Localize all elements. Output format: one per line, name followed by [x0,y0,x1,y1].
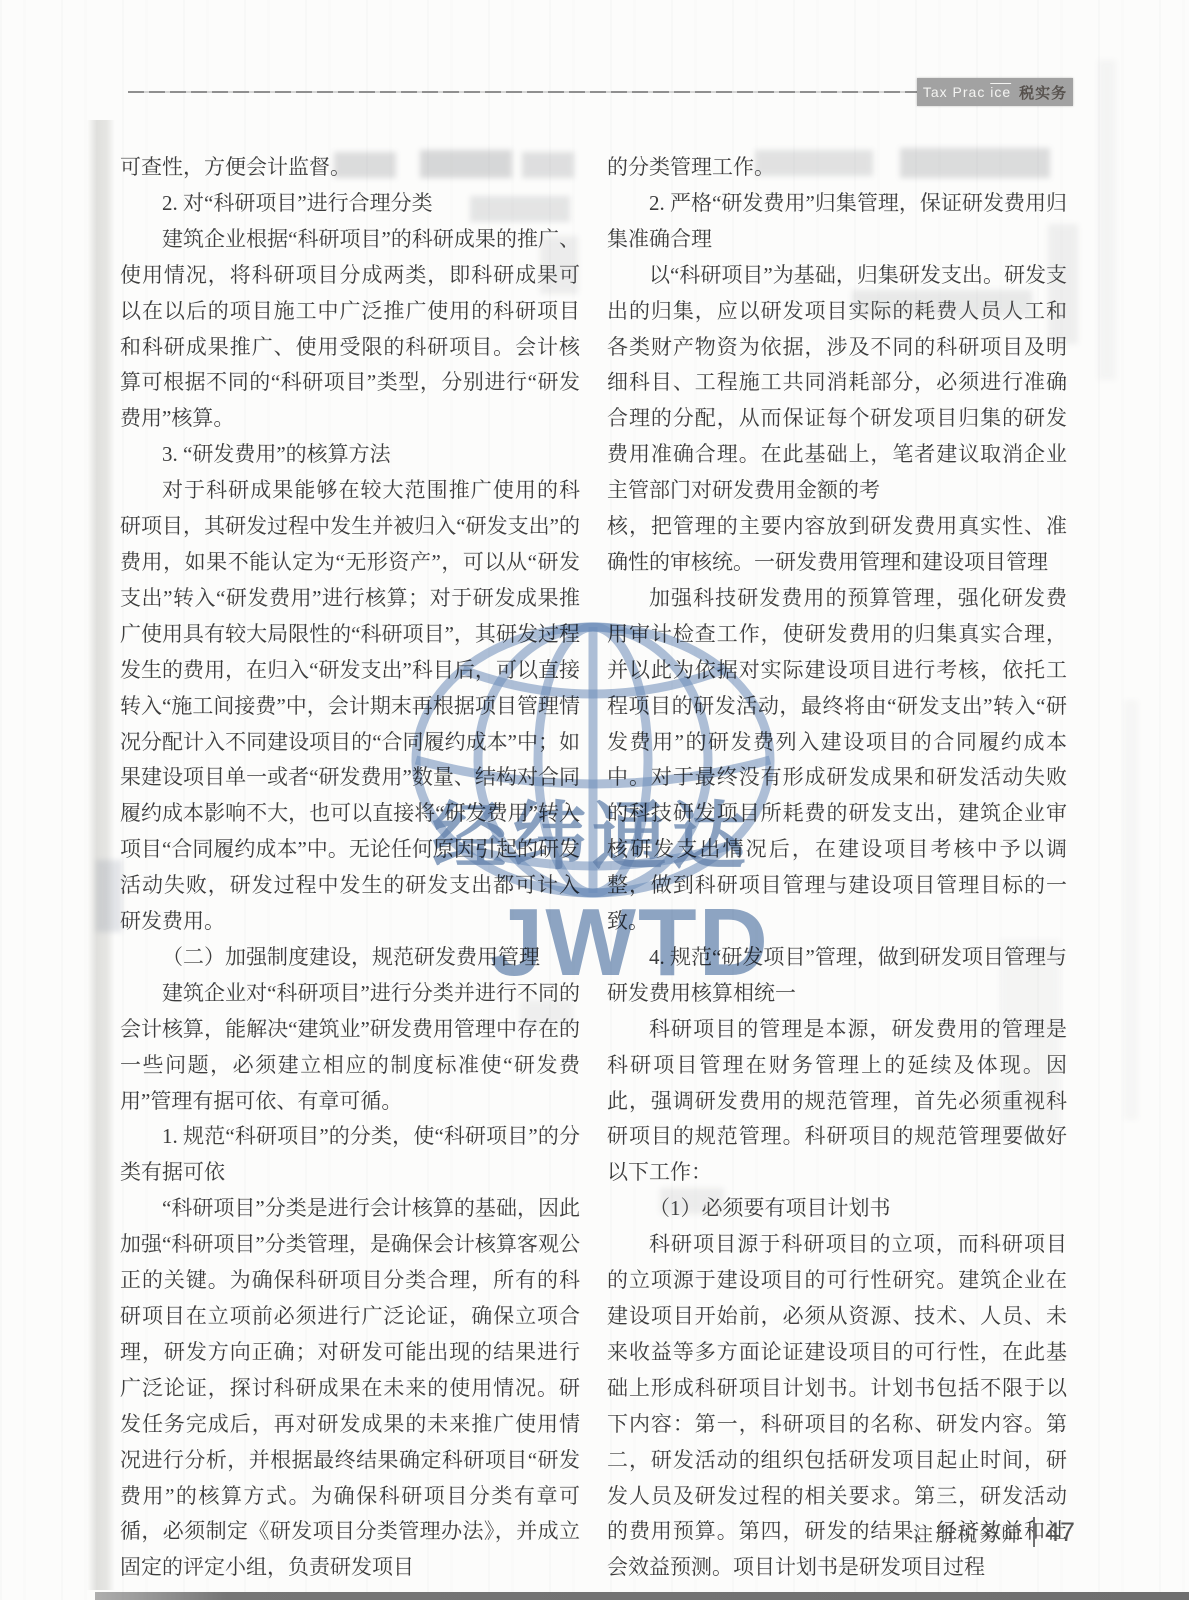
paragraph: 可查性，方便会计监督。 [120,150,580,186]
left-text-column: 可查性，方便会计监督。2. 对“科研项目”进行合理分类建筑企业根据“科研项目”的… [120,150,580,1586]
paragraph: 2. 严格“研发费用”归集管理，保证研发费用归集准确合理 [607,186,1067,258]
paragraph: 3. “研发费用”的核算方法 [120,437,580,473]
paragraph: “科研项目”分类是进行会计核算的基础，因此加强“科研项目”分类管理，是确保会计核… [120,1191,580,1586]
paragraph: （二）加强制度建设，规范研发费用管理 [120,940,580,976]
header-rule [128,91,920,93]
section-badge: Tax Prac ice 税实务 [917,78,1073,106]
bleed-through-artifact [1098,60,1116,380]
section-badge-english: Tax Prac ice [923,84,1011,100]
paragraph: 核，把管理的主要内容放到研发费用真实性、准确性的审核统。一研发费用管理和建设项目… [607,509,1067,581]
paragraph: 1. 规范“科研项目”的分类，使“科研项目”的分类有据可依 [120,1119,580,1191]
paragraph: 科研项目的管理是本源，研发费用的管理是科研项目管理在财务管理上的延续及体现。因此… [607,1012,1067,1192]
paragraph: 2. 对“科研项目”进行合理分类 [120,186,580,222]
paragraph: 建筑企业根据“科研项目”的科研成果的推广、使用情况，将科研项目分成两类，即科研成… [120,222,580,437]
paragraph: （1）必须要有项目计划书 [607,1191,1067,1227]
page-number: 47 [1045,1517,1075,1548]
footer-divider [1033,1517,1035,1547]
scan-page-edge [95,1592,1189,1600]
paragraph: 建筑企业对“科研项目”进行分类并进行不同的会计核算，能解决“建筑业”研发费用管理… [120,976,580,1120]
section-badge-chinese: 税实务 [1019,82,1067,103]
page-footer: 注册税务师 47 [913,1514,1075,1550]
journal-name: 注册税务师 [913,1518,1023,1547]
paragraph: 加强科技研发费用的预算管理，强化研发费用审计检查工作，使研发费用的归集真实合理，… [607,581,1067,940]
scanned-journal-page: Tax Prac ice 税实务 可查性，方便会计监督。2. 对“科研项目”进行… [0,0,1189,1600]
paragraph: 4. 规范“研发项目”管理，做到研发项目管理与研发费用核算相统一 [607,940,1067,1012]
paragraph: 对于科研成果能够在较大范围推广使用的科研项目，其研发过程中发生并被归入“研发支出… [120,473,580,940]
paragraph: 以“科研项目”为基础，归集研发支出。研发支出的归集，应以研发项目实际的耗费人员人… [607,258,1067,509]
scan-binding-shadow [87,120,115,1590]
paragraph: 的分类管理工作。 [607,150,1067,186]
bleed-through-artifact [1124,700,1138,1120]
right-text-column: 的分类管理工作。2. 严格“研发费用”归集管理，保证研发费用归集准确合理以“科研… [607,150,1067,1586]
